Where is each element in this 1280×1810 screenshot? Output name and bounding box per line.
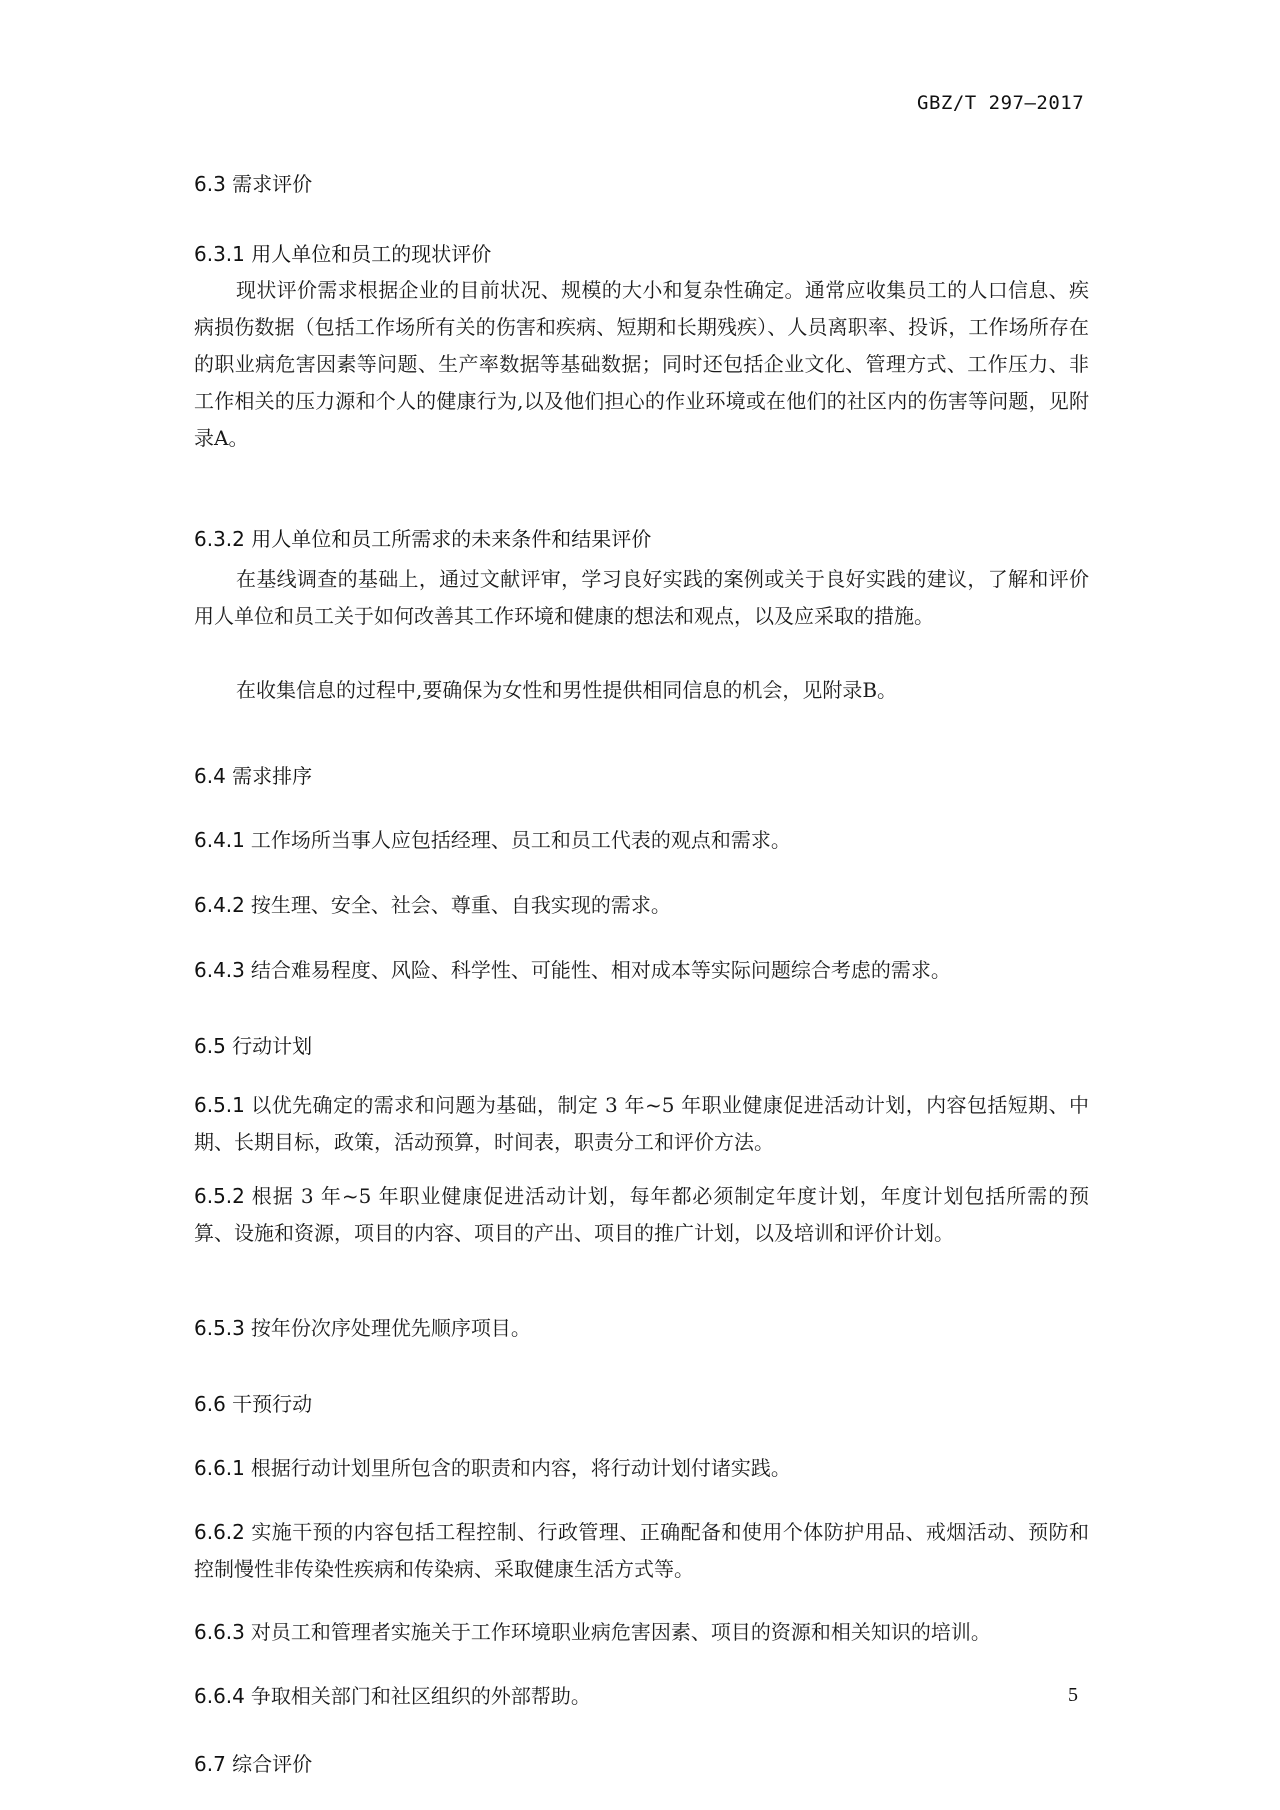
section-title: 行动计划 <box>232 1034 312 1058</box>
clause-text: 工作场所当事人应包括经理、员工和员工代表的观点和需求。 <box>251 828 791 852</box>
clause-6-4-1: 6.4.1工作场所当事人应包括经理、员工和员工代表的观点和需求。 <box>194 822 1089 859</box>
clause-number: 6.6.2 <box>194 1520 245 1544</box>
section-title: 用人单位和员工所需求的未来条件和结果评价 <box>251 527 651 551</box>
clause-6-5-2: 6.5.2根据 3 年~5 年职业健康促进活动计划，每年都必须制定年度计划，年度… <box>194 1178 1089 1252</box>
section-number: 6.3.2 <box>194 527 245 551</box>
clause-number: 6.4.2 <box>194 893 245 917</box>
clause-number: 6.5.2 <box>194 1184 245 1208</box>
section-heading-6-3: 6.3 需求评价 <box>194 168 312 197</box>
paragraph-6-3-2-b: 在收集信息的过程中,要确保为女性和男性提供相同信息的机会，见附录B。 <box>194 672 1089 709</box>
section-heading-6-5: 6.5 行动计划 <box>194 1030 312 1059</box>
section-number: 6.6 <box>194 1392 226 1416</box>
clause-text: 根据行动计划里所包含的职责和内容，将行动计划付诸实践。 <box>251 1456 791 1480</box>
clause-6-6-1: 6.6.1根据行动计划里所包含的职责和内容，将行动计划付诸实践。 <box>194 1450 1089 1487</box>
clause-6-6-4: 6.6.4争取相关部门和社区组织的外部帮助。 <box>194 1678 1089 1715</box>
clause-number: 6.6.3 <box>194 1620 245 1644</box>
clause-text: 实施干预的内容包括工程控制、行政管理、正确配备和使用个体防护用品、戒烟活动、预防… <box>194 1520 1089 1581</box>
section-heading-6-7: 6.7 综合评价 <box>194 1748 312 1777</box>
clause-6-5-1: 6.5.1以优先确定的需求和问题为基础，制定 3 年~5 年职业健康促进活动计划… <box>194 1087 1089 1161</box>
section-title: 干预行动 <box>232 1392 312 1416</box>
clause-number: 6.6.4 <box>194 1684 245 1708</box>
section-title: 综合评价 <box>232 1752 312 1776</box>
section-number: 6.5 <box>194 1034 226 1058</box>
clause-text: 按年份次序处理优先顺序项目。 <box>251 1316 531 1340</box>
section-number: 6.7 <box>194 1752 226 1776</box>
clause-6-5-3: 6.5.3按年份次序处理优先顺序项目。 <box>194 1310 1089 1347</box>
paragraph-6-3-1: 现状评价需求根据企业的目前状况、规模的大小和复杂性确定。通常应收集员工的人口信息… <box>194 272 1089 457</box>
paragraph-6-3-2-a: 在基线调查的基础上，通过文献评审，学习良好实践的案例或关于良好实践的建议，了解和… <box>194 561 1089 635</box>
clause-number: 6.5.3 <box>194 1316 245 1340</box>
clause-text: 结合难易程度、风险、科学性、可能性、相对成本等实际问题综合考虑的需求。 <box>251 958 951 982</box>
clause-number: 6.4.1 <box>194 828 245 852</box>
section-title: 用人单位和员工的现状评价 <box>251 242 491 266</box>
clause-6-6-3: 6.6.3对员工和管理者实施关于工作环境职业病危害因素、项目的资源和相关知识的培… <box>194 1614 1089 1651</box>
clause-6-4-2: 6.4.2按生理、安全、社会、尊重、自我实现的需求。 <box>194 887 1089 924</box>
clause-text: 根据 3 年~5 年职业健康促进活动计划，每年都必须制定年度计划，年度计划包括所… <box>194 1184 1089 1245</box>
clause-6-4-3: 6.4.3结合难易程度、风险、科学性、可能性、相对成本等实际问题综合考虑的需求。 <box>194 952 1089 989</box>
clause-6-6-2: 6.6.2实施干预的内容包括工程控制、行政管理、正确配备和使用个体防护用品、戒烟… <box>194 1514 1089 1588</box>
section-number: 6.3 <box>194 172 226 196</box>
document-page: GBZ/T 297—2017 6.3 需求评价 6.3.1 用人单位和员工的现状… <box>0 0 1280 1810</box>
section-heading-6-3-1: 6.3.1 用人单位和员工的现状评价 <box>194 238 491 267</box>
section-title: 需求评价 <box>232 172 312 196</box>
clause-number: 6.4.3 <box>194 958 245 982</box>
clause-text: 以优先确定的需求和问题为基础，制定 3 年~5 年职业健康促进活动计划，内容包括… <box>194 1093 1089 1154</box>
section-heading-6-4: 6.4 需求排序 <box>194 760 312 789</box>
page-number: 5 <box>1068 1684 1078 1707</box>
standard-code-header: GBZ/T 297—2017 <box>917 92 1084 114</box>
clause-text: 争取相关部门和社区组织的外部帮助。 <box>251 1684 591 1708</box>
clause-text: 按生理、安全、社会、尊重、自我实现的需求。 <box>251 893 671 917</box>
clause-number: 6.5.1 <box>194 1093 245 1117</box>
section-title: 需求排序 <box>232 764 312 788</box>
section-number: 6.3.1 <box>194 242 245 266</box>
clause-number: 6.6.1 <box>194 1456 245 1480</box>
section-heading-6-3-2: 6.3.2 用人单位和员工所需求的未来条件和结果评价 <box>194 523 651 552</box>
clause-text: 对员工和管理者实施关于工作环境职业病危害因素、项目的资源和相关知识的培训。 <box>251 1620 991 1644</box>
section-heading-6-6: 6.6 干预行动 <box>194 1388 312 1417</box>
section-number: 6.4 <box>194 764 226 788</box>
